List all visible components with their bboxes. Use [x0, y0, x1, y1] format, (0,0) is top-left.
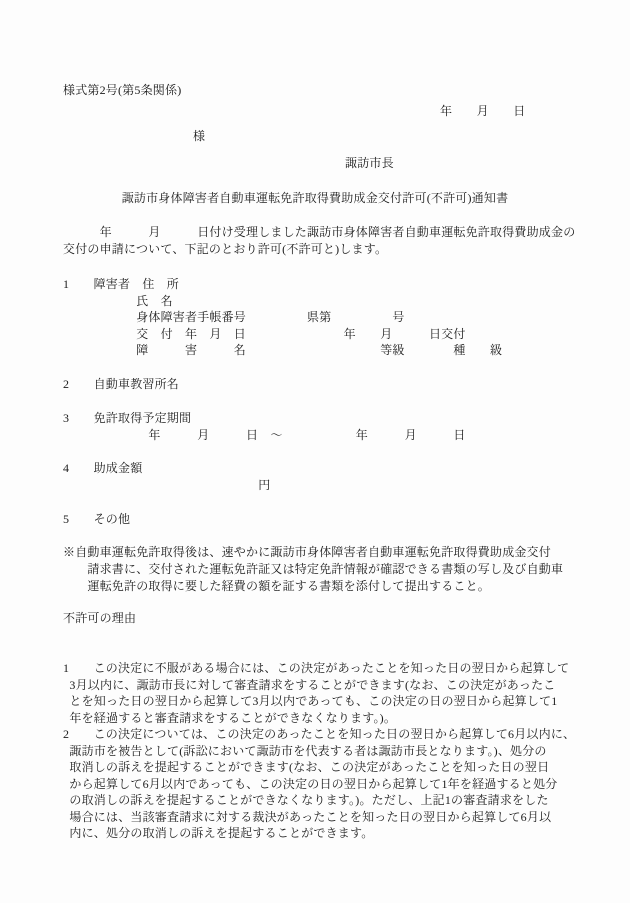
- sender-line: 諏訪市長: [345, 155, 394, 172]
- section-license-period: 3 免許取得予定期間 年 月 日 ～ 年 月 日: [63, 410, 466, 443]
- appeal-instruction-2: 2 この決定については、この決定のあったことを知った日の翌日から起算して6月以内…: [63, 726, 575, 842]
- section-subsidy-amount: 4 助成金額 円: [63, 460, 270, 493]
- section-recipient: 1 障害者 住 所 氏 名 身体障害者手帳番号 県第 号 交 付 年 月 日 年…: [63, 276, 502, 359]
- form-number: 様式第2号(第5条関係): [63, 82, 181, 99]
- post-acquisition-note: ※自動車運転免許取得後は、速やかに諏訪市身体障害者自動車運転免許取得費助成金交付…: [63, 544, 563, 595]
- section-driving-school: 2 自動車教習所名: [63, 376, 179, 393]
- appeal-instruction-1: 1 この決定に不服がある場合には、この決定があったことを知った日の翌日から起算し…: [63, 660, 569, 726]
- addressee-suffix: 様: [193, 128, 205, 145]
- document-page: 様式第2号(第5条関係) 年 月 日 様 諏訪市長 諏訪市身体障害者自動車運転免…: [0, 0, 630, 903]
- section-other: 5 その他: [63, 511, 130, 528]
- intro-paragraph: 年 月 日付け受理しました諏訪市身体障害者自動車運転免許取得費助成金の 交付の申…: [63, 224, 575, 257]
- denial-reason-heading: 不許可の理由: [63, 610, 136, 627]
- issue-date-line: 年 月 日: [440, 103, 525, 120]
- document-title: 諏訪市身体障害者自動車運転免許取得費助成金交付許可(不許可)通知書: [0, 190, 630, 207]
